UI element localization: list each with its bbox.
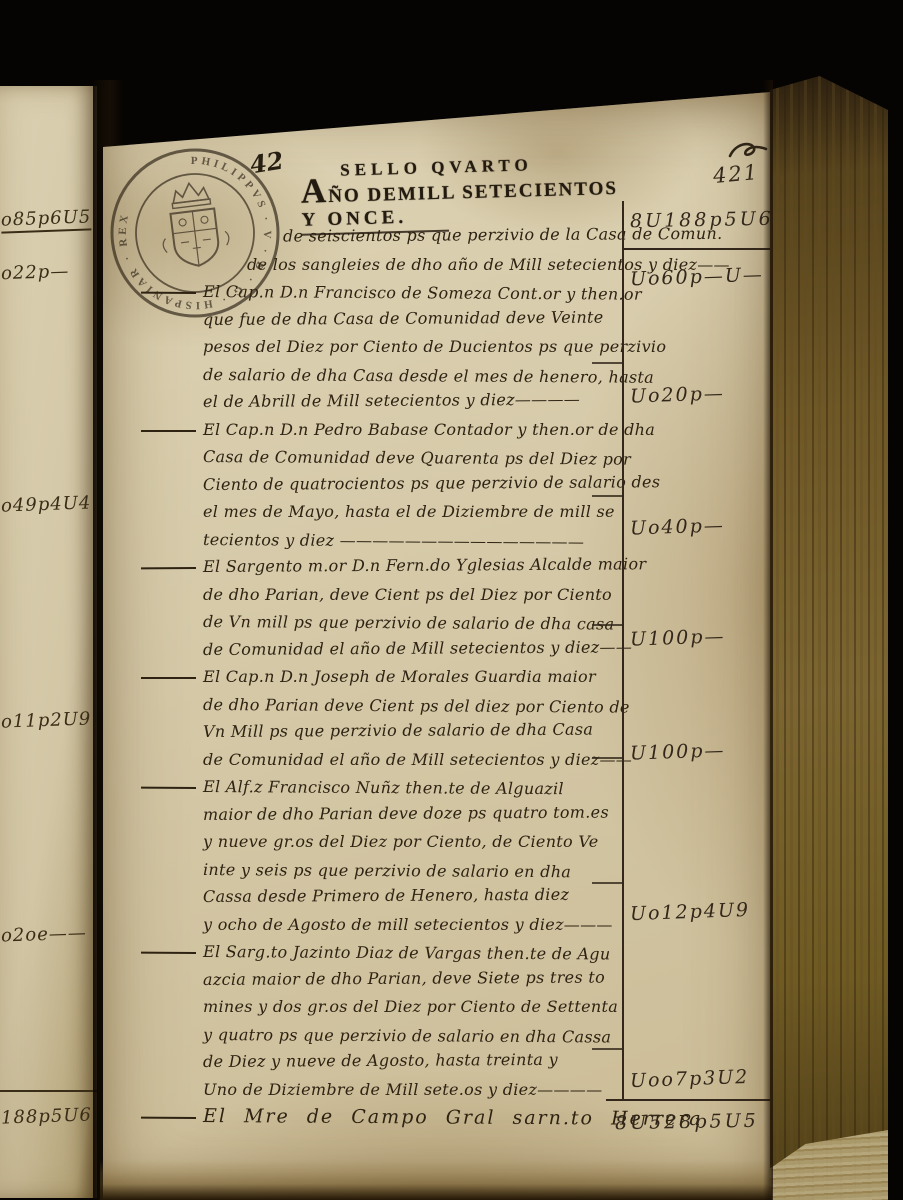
prev-page-total-rule xyxy=(0,1090,97,1092)
letterpress-heading: SELLO QVARTO AÑO DEMILL SETECIENTOS Y ON… xyxy=(300,152,642,235)
prev-page-amount: 188p5U6 xyxy=(1,1104,93,1128)
page-bottom-deckle-edge xyxy=(100,1160,772,1200)
manuscript-line: y nueve gr.os del Diez por Ciento, de Ci… xyxy=(203,828,627,856)
manuscript-line: de Diez y nueve de Agosto, hasta treinta… xyxy=(203,1045,627,1075)
manuscript-line: que fue de dha Casa de Comunidad deve Ve… xyxy=(203,303,627,333)
amount-entry: Uo20p— xyxy=(630,382,726,407)
amount-entry: Uo12p4U9 xyxy=(630,899,751,925)
heading-once-line: Y ONCE. xyxy=(301,206,449,236)
book-fore-edge xyxy=(770,76,888,1200)
amount-carried-forward: 8U188p5U6 xyxy=(630,208,774,233)
amount-total: 8U528p5U5 xyxy=(615,1110,759,1135)
manuscript-line: el de Abrill de Mill setecientos y diez—… xyxy=(203,385,627,415)
entry-tie-line xyxy=(592,495,623,497)
manuscript-line: Ciento de quatrocientos ps que perzivio … xyxy=(203,468,627,498)
manuscript-line: El Sargento m.or D.n Fern.do Yglesias Al… xyxy=(203,550,627,580)
amount-entry: U100p— xyxy=(630,625,726,650)
sheet-number: 42 xyxy=(248,146,286,180)
manuscript-line: Cassa desde Primero de Henero, hasta die… xyxy=(203,880,627,910)
manuscript-line: el mes de Mayo, hasta el de Diziembre de… xyxy=(203,498,627,526)
manuscript-line: El Mre de Campo Gral sarn.to Herrera xyxy=(203,1103,627,1133)
amount-entry: Uo40p— xyxy=(630,514,726,539)
amounts-total-rule xyxy=(606,1099,771,1101)
amount-entry: U100p— xyxy=(630,739,726,764)
manuscript-line: y ocho de Agosto de mill setecientos y d… xyxy=(203,911,627,939)
prev-page-amount: o11p2U9 xyxy=(1,708,92,732)
manuscript-line: de dho Parian, deve Cient ps del Diez po… xyxy=(203,581,627,609)
entry-tie-line xyxy=(592,757,623,759)
amounts-column-rule xyxy=(622,201,624,1101)
manuscript-line: maior de dho Parian deve doze ps quatro … xyxy=(203,798,627,828)
previous-page-edge: o85p6U5o22p—o49p4U4o11p2U9o2oe——188p5U6 xyxy=(0,86,97,1198)
amount-entry: Uo60p—U— xyxy=(630,264,764,291)
manuscript-photograph: o85p6U5o22p—o49p4U4o11p2U9o2oe——188p5U6 … xyxy=(0,0,903,1200)
manuscript-text-block: de seiscientos ps que perzivio de la Cas… xyxy=(203,223,627,1131)
prev-page-amount: o22p— xyxy=(1,261,70,284)
prev-page-amount: o49p4U4 xyxy=(1,492,92,516)
entry-tie-line xyxy=(592,882,623,884)
manuscript-line: de los sangleies de dho año de Mill sete… xyxy=(203,251,627,279)
manuscript-line: Uno de Diziembre de Mill sete.os y diez—… xyxy=(203,1076,627,1104)
folio-number: 421 xyxy=(712,160,760,188)
entry-tie-line xyxy=(592,624,623,626)
page-edge-seam xyxy=(763,80,773,1200)
manuscript-line: de Comunidad el año de Mill setecientos … xyxy=(203,633,627,663)
manuscript-line: pesos del Diez por Ciento de Ducientos p… xyxy=(203,333,627,361)
entry-tie-line xyxy=(592,1048,623,1050)
prev-page-amount: o85p6U5 xyxy=(1,206,92,233)
manuscript-line: mines y dos gr.os del Diez por Ciento de… xyxy=(203,993,627,1021)
manuscript-page: 42 PHILIPPVS · V · D · G xyxy=(103,85,771,1200)
amount-entry: Uoo7p3U2 xyxy=(630,1066,750,1092)
manuscript-line: azcia maior de dho Parian, deve Siete ps… xyxy=(203,963,627,993)
prev-page-amount: o2oe—— xyxy=(1,923,87,947)
manuscript-line: Vn Mill ps que perzivio de salario de dh… xyxy=(203,715,627,745)
entry-tie-line xyxy=(592,362,623,364)
manuscript-line: El Cap.n D.n Pedro Babase Contador y the… xyxy=(203,416,627,444)
manuscript-line: El Cap.n D.n Joseph de Morales Guardia m… xyxy=(203,663,627,691)
amounts-carried-underline xyxy=(622,248,771,250)
manuscript-line: de Comunidad el año de Mill setecientos … xyxy=(203,746,627,774)
